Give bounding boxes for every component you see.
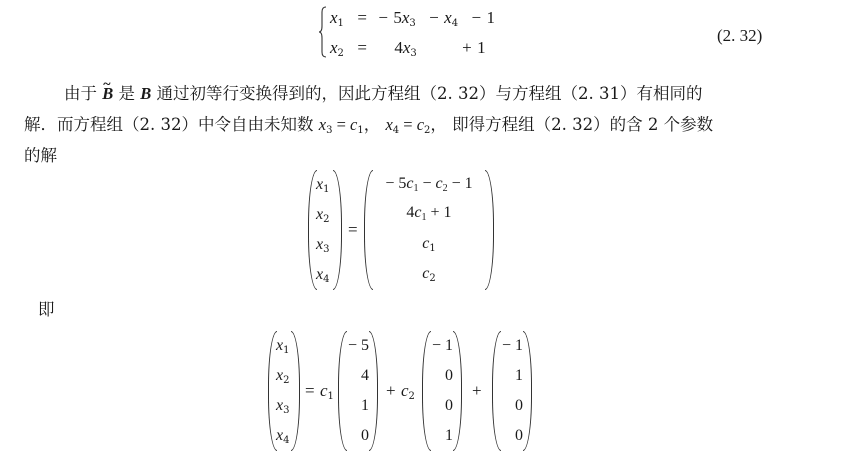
rhs-vector: − 5c1 − c2 − 1 4c1 + 1 c1 c2 xyxy=(364,170,494,290)
left-brace-icon xyxy=(318,6,328,58)
equals-sign: = xyxy=(357,8,367,27)
general-solution-equation: x1 x2 x3 x4 = c1 − 5 4 1 0 + c2 − 1 0 0 … xyxy=(268,331,548,453)
text: 通过初等行变换得到的，因此方程组（2. 32）与方程组（2. 31）有相同的 xyxy=(157,84,703,103)
b-symbol: B xyxy=(140,84,151,103)
equation-row-1: x1 = − 5x3 − x4 − 1 xyxy=(330,8,495,29)
lhs-vector: x1 x2 x3 x4 xyxy=(308,170,342,290)
paragraph-line-1: 由于 B ~ 是 B 通过初等行变换得到的，因此方程组（2. 32）与方程组（2… xyxy=(64,81,703,106)
text: 解．而方程组（2. 32）中令自由未知数 xyxy=(24,115,313,134)
lhs-vector: x1 x2 x3 x4 xyxy=(268,331,300,451)
b-tilde-symbol: B ~ xyxy=(102,81,113,106)
text: 是 xyxy=(119,84,136,103)
paragraph-line-2: 解．而方程组（2. 32）中令自由未知数 x3 = c1， x4 = c2， 即… xyxy=(24,112,713,143)
equation-label: (2. 32) xyxy=(717,26,762,46)
text: ， 即得方程组（2. 32）的含 2 个参数 xyxy=(430,115,713,134)
vector-2: − 1 0 0 1 xyxy=(422,331,462,451)
solution-vector-equation: x1 x2 x3 x4 = − 5c1 − c2 − 1 4c1 + 1 c1 … xyxy=(308,170,498,292)
plus-sign: + xyxy=(472,381,482,401)
equation-system-2-32: x1 = − 5x3 − x4 − 1 x2 = 4x3 + 1 xyxy=(318,4,518,60)
ji-text: 即 xyxy=(38,297,55,322)
text: 由于 xyxy=(64,84,97,103)
equals-c1: = c1 xyxy=(305,381,334,402)
vector-1: − 5 4 1 0 xyxy=(338,331,378,451)
vector-3: − 1 1 0 0 xyxy=(492,331,532,451)
equals-sign: = xyxy=(357,38,367,57)
equals-sign: = xyxy=(348,220,358,240)
equation-row-2: x2 = 4x3 + 1 xyxy=(330,38,486,59)
paragraph-line-3: 的解 xyxy=(24,143,57,168)
plus-c2: + c2 xyxy=(386,381,415,402)
